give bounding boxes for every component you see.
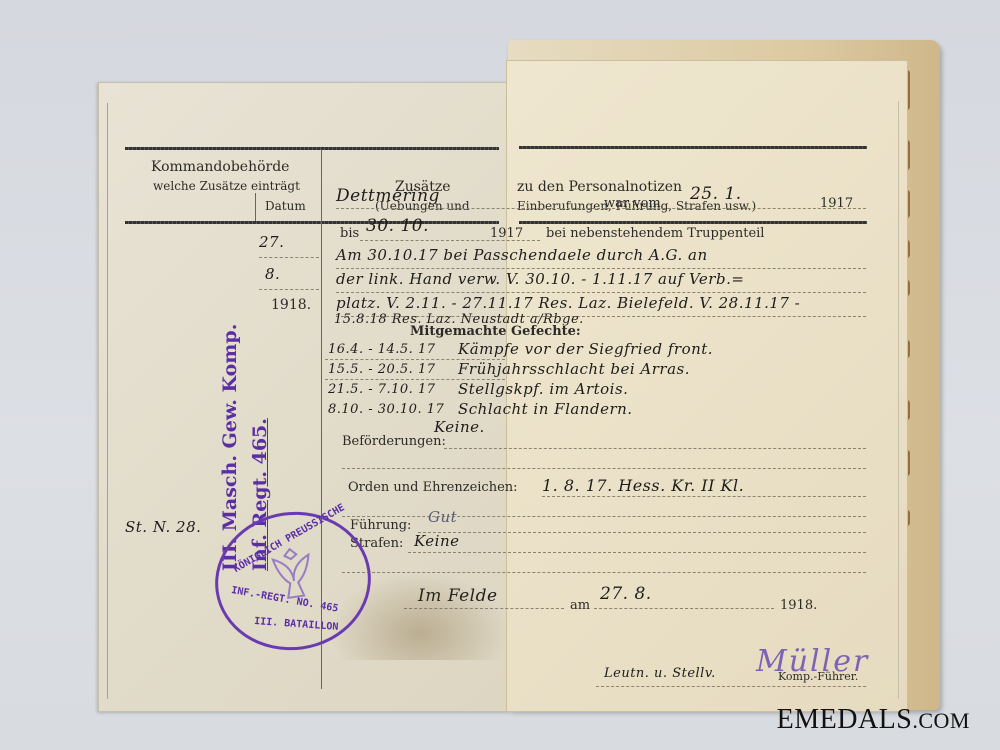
sidenote-stamm-nr: St. N. 28. bbox=[125, 518, 201, 536]
until-year: 1917 bbox=[490, 226, 523, 241]
col-header-subtitle: welche Zusätze einträgt bbox=[153, 179, 300, 193]
date-entry-day: 27. bbox=[259, 233, 284, 251]
battle-2-dates: 15.5. - 20.5. 17 bbox=[328, 362, 436, 377]
until-date: 30. 10. bbox=[366, 216, 429, 236]
promotions-label: Beförderungen: bbox=[342, 434, 446, 449]
seal-bottom-text: III. BATAILLON bbox=[254, 616, 339, 633]
battle-2-text: Frühjahrsschlacht bei Arras. bbox=[458, 360, 690, 378]
battle-3-text: Stellgskpf. im Artois. bbox=[458, 380, 628, 398]
emedals-watermark: EMEDALS.COM bbox=[777, 704, 970, 736]
battle-4-dates: 8.10. - 30.10. 17 bbox=[328, 402, 444, 417]
closing-date-label: am bbox=[570, 598, 590, 613]
note-line-2: der link. Hand verw. V. 30.10. - 1.11.17… bbox=[336, 270, 744, 288]
conduct-label: Führung: bbox=[350, 518, 411, 533]
from-year: 1917 bbox=[820, 196, 853, 211]
from-date: 25. 1. bbox=[690, 184, 742, 204]
from-label: war vom bbox=[604, 196, 661, 211]
awards-value: 1. 8. 17. Hess. Kr. II Kl. bbox=[542, 476, 744, 495]
soldier-name: Dettmering bbox=[336, 186, 440, 206]
date-entry-year: 1918. bbox=[271, 297, 311, 313]
conduct-value: Gut bbox=[428, 508, 457, 526]
until-label: bis bbox=[340, 226, 359, 241]
awards-label: Orden und Ehrenzeichen: bbox=[348, 480, 518, 495]
note-line-1: Am 30.10.17 bei Passchendaele durch A.G.… bbox=[336, 246, 708, 264]
watermark-main: EMEDALS bbox=[777, 704, 913, 735]
unit-label: bei nebenstehendem Truppenteil bbox=[546, 226, 764, 241]
closing-date: 27. 8. bbox=[600, 584, 652, 604]
battle-3-dates: 21.5. - 7.10. 17 bbox=[328, 382, 436, 397]
col-header-kommandobehoerde: Kommandobehörde bbox=[151, 159, 289, 175]
signer-title: Komp.-Führer. bbox=[778, 670, 858, 683]
watermark-suffix: .COM bbox=[912, 708, 970, 733]
date-entry-month: 8. bbox=[265, 265, 280, 283]
note-line-3: platz. V. 2.11. - 27.11.17 Res. Laz. Bie… bbox=[336, 294, 800, 312]
battle-1-dates: 16.4. - 14.5. 17 bbox=[328, 342, 436, 357]
punishments-value: Keine bbox=[414, 532, 460, 550]
closing-year: 1918. bbox=[780, 598, 817, 613]
battle-4-text: Schlacht in Flandern. bbox=[458, 400, 633, 418]
col-header-personalnotizen: zu den Personalnotizen bbox=[517, 179, 682, 195]
col-header-datum: Datum bbox=[265, 199, 306, 213]
battles-title: Mitgemachte Gefechte: bbox=[410, 324, 581, 339]
signer-rank: Leutn. u. Stellv. bbox=[604, 666, 716, 681]
battle-1-text: Kämpfe vor der Siegfried front. bbox=[458, 340, 713, 358]
